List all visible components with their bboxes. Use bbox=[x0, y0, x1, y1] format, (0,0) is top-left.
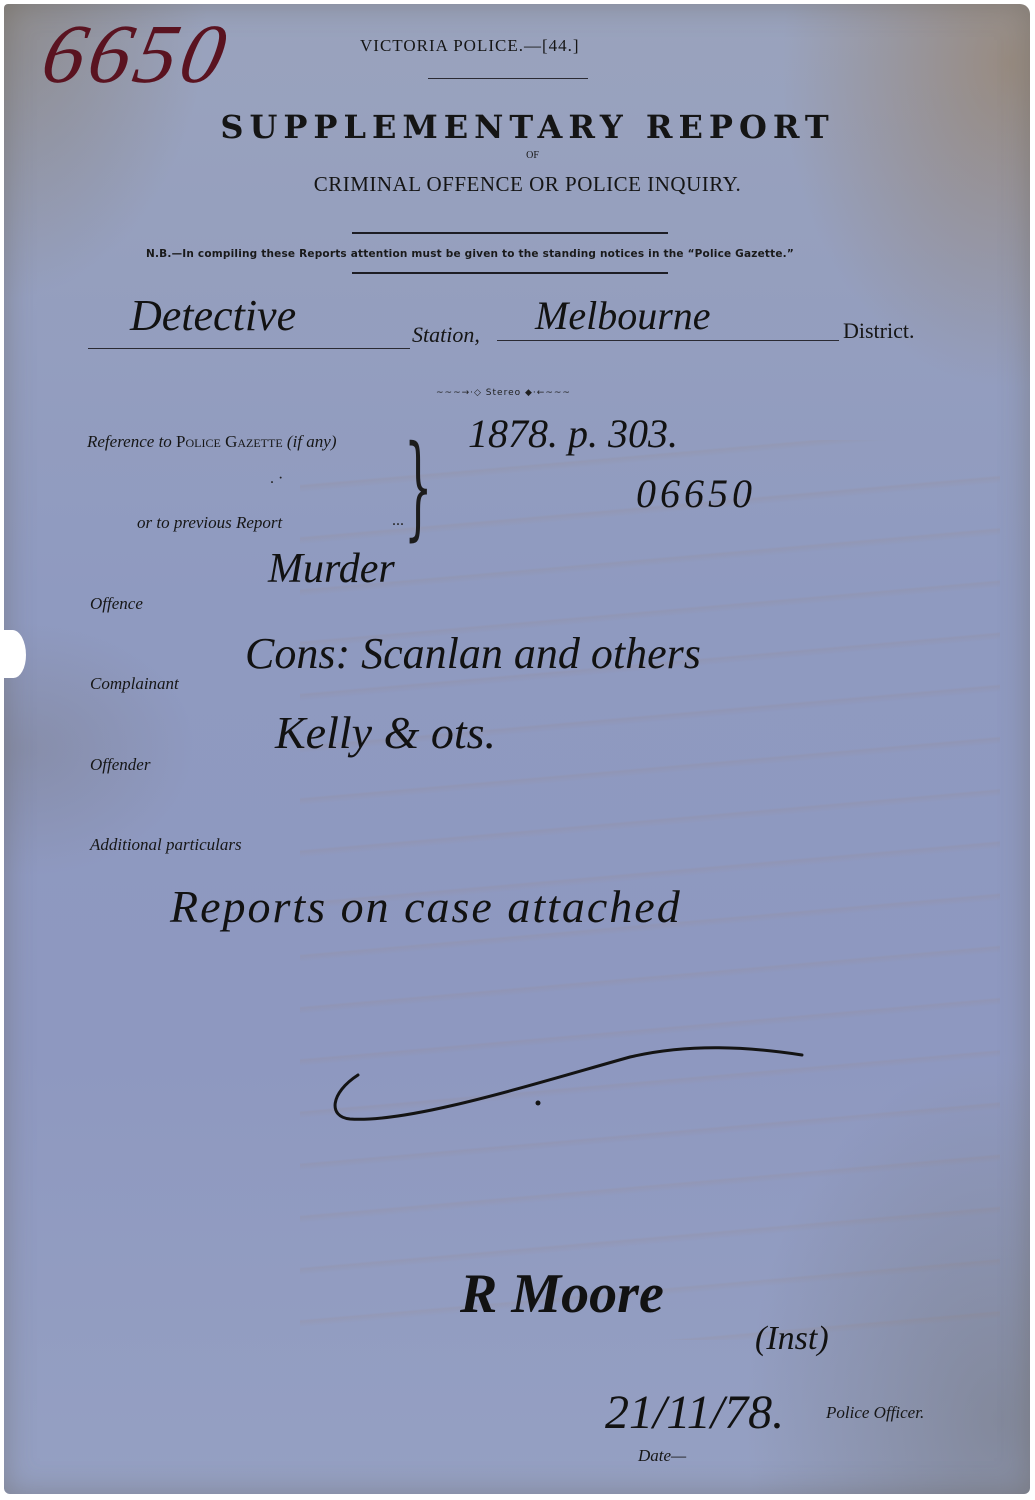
date-value: 21/11/78. bbox=[605, 1385, 784, 1440]
divider bbox=[352, 232, 668, 234]
complainant-label: Complainant bbox=[90, 674, 179, 694]
divider bbox=[352, 272, 668, 274]
paper-tear bbox=[0, 630, 26, 678]
label-part: Police Gazette bbox=[176, 432, 283, 451]
district-label: District. bbox=[843, 318, 915, 344]
previous-report-label: or to previous Report bbox=[137, 513, 282, 533]
station-value: Detective bbox=[130, 290, 296, 341]
district-underline bbox=[497, 340, 839, 341]
station-underline bbox=[88, 348, 410, 349]
brace-icon: } bbox=[404, 422, 433, 552]
document-subtitle: CRIMINAL OFFENCE OR POLICE INQUIRY. bbox=[0, 172, 1035, 197]
complainant-value: Cons: Scanlan and others bbox=[245, 628, 701, 679]
pen-flourish-icon bbox=[330, 1045, 810, 1155]
form-header: VICTORIA POLICE.—[44.] bbox=[360, 36, 580, 56]
previous-report-value: 06650 bbox=[636, 470, 756, 517]
file-number: 6650 bbox=[34, 6, 239, 103]
gazette-reference-value: 1878. p. 303. bbox=[468, 410, 678, 457]
date-label: Date— bbox=[638, 1446, 686, 1466]
offence-value: Murder bbox=[268, 545, 395, 593]
officer-signature: R Moore bbox=[460, 1262, 664, 1326]
offender-label: Offender bbox=[90, 755, 150, 775]
label-part: Reference to bbox=[87, 432, 176, 451]
station-label: Station, bbox=[412, 322, 480, 348]
district-value: Melbourne bbox=[535, 292, 711, 339]
gazette-reference-label: Reference to Police Gazette (if any) bbox=[87, 432, 337, 452]
leader-dots: . · bbox=[270, 470, 283, 488]
officer-rank: (Inst) bbox=[755, 1320, 829, 1358]
offender-value: Kelly & ots. bbox=[275, 706, 496, 759]
document-title: SUPPLEMENTARY REPORT bbox=[0, 108, 1035, 146]
police-officer-label: Police Officer. bbox=[826, 1403, 924, 1423]
title-of: OF bbox=[0, 150, 1035, 161]
offence-label: Offence bbox=[90, 594, 143, 614]
divider bbox=[428, 78, 588, 79]
stereo-ornament: ~~~→·◇ Stereo ◆·←~~~ bbox=[436, 388, 571, 398]
additional-particulars-label: Additional particulars bbox=[90, 835, 242, 855]
notice-text: N.B.—In compiling these Reports attentio… bbox=[146, 248, 794, 260]
previous-report-dots: ... bbox=[392, 512, 404, 530]
additional-particulars-value: Reports on case attached bbox=[170, 880, 682, 933]
label-part: (if any) bbox=[283, 432, 337, 451]
